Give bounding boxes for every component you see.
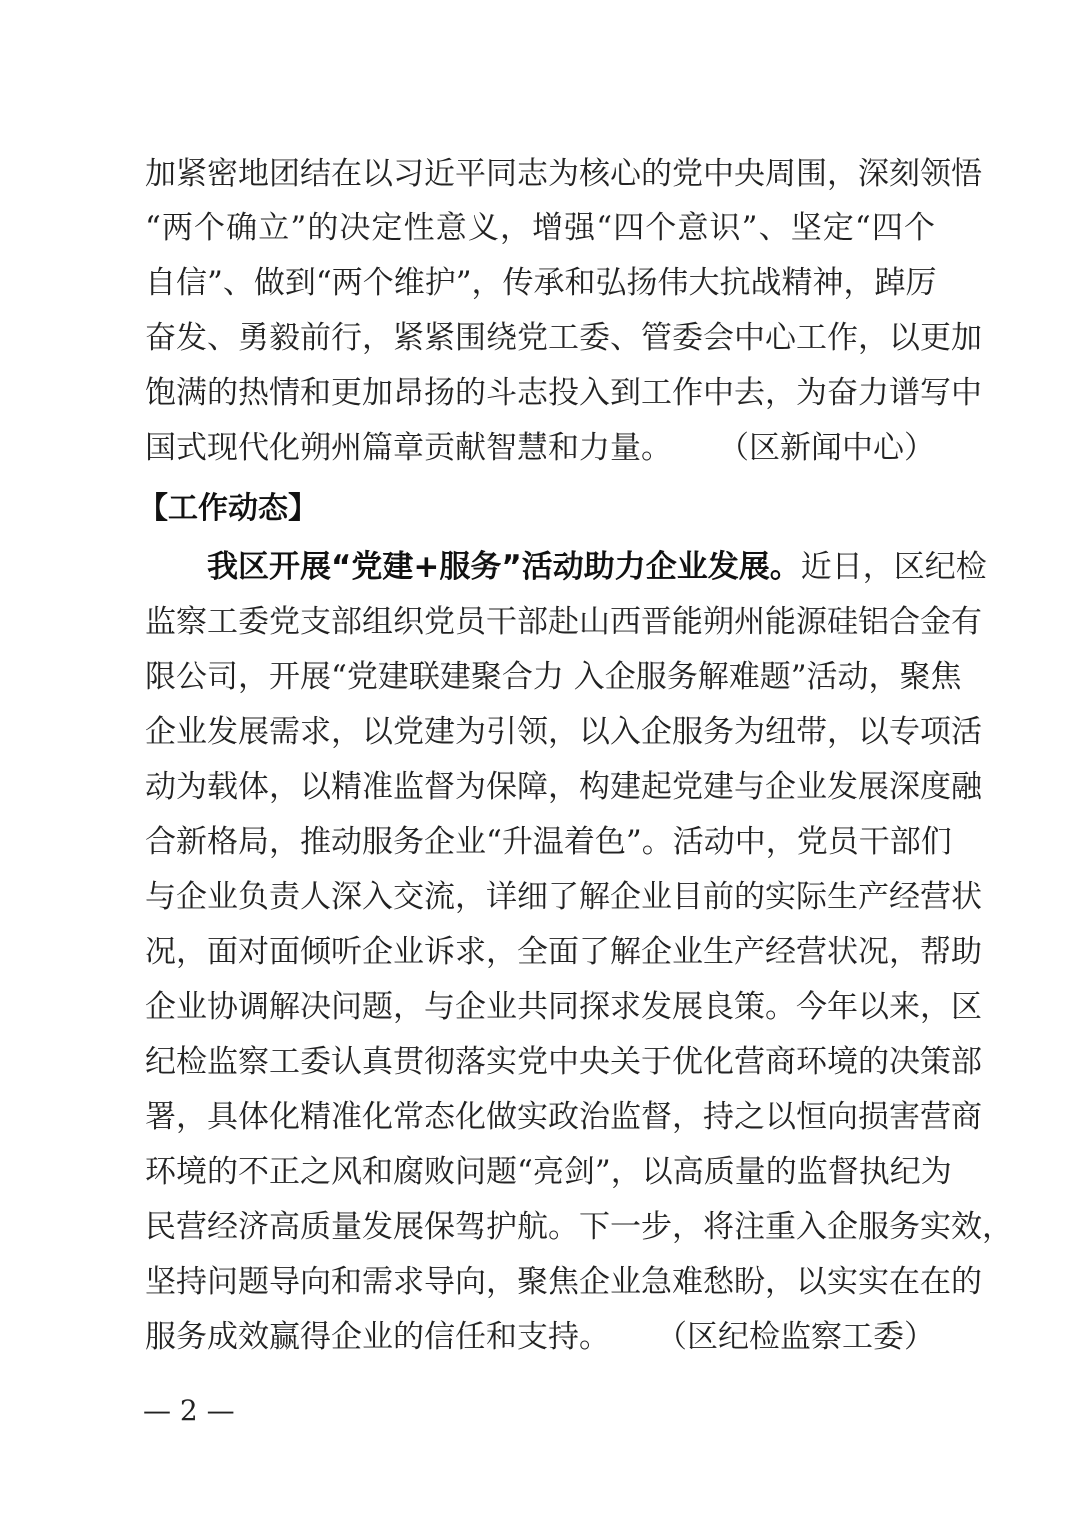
paragraph-line: 饱满的热情和更加昂扬的斗志投入到工作中去，为奋力谱写中 bbox=[145, 366, 935, 420]
paragraph-line: 企业发展需求，以党建为引领，以入企服务为纽带，以专项活 bbox=[145, 705, 935, 759]
paragraph-line: 况，面对面倾听企业诉求，全面了解企业生产经营状况，帮助 bbox=[145, 925, 935, 979]
paragraph-line: 纪检监察工委认真贯彻落实党中央关于优化营商环境的决策部 bbox=[145, 1035, 935, 1089]
paragraph-line: 加紧密地团结在以习近平同志为核心的党中央周围，深刻领悟 bbox=[145, 147, 935, 201]
paragraph-line-text: 国式现代化朔州篇章贡献智慧和力量。 bbox=[145, 430, 672, 466]
paragraph-line: 监察工委党支部组织党员干部赴山西晋能朔州能源硅铝合金有 bbox=[145, 595, 935, 649]
source-attribution: （区新闻中心） bbox=[718, 421, 935, 475]
article-lead-title: 我区开展“党建+服务”活动助力企业发展。 bbox=[207, 549, 801, 585]
paragraph-line: 奋发、勇毅前行，紧紧围绕党工委、管委会中心工作，以更加 bbox=[145, 311, 935, 365]
paragraph-line: 与企业负责人深入交流，详细了解企业目前的实际生产经营状 bbox=[145, 870, 935, 924]
paragraph-line: 坚持问题导向和需求导向，聚焦企业急难愁盼，以实实在在的 bbox=[145, 1255, 935, 1309]
paragraph-line: 环境的不正之风和腐败问题“亮剑”，以高质量的监督执纪为 bbox=[145, 1145, 935, 1199]
paragraph-line: 企业协调解决问题，与企业共同探求发展良策。今年以来，区 bbox=[145, 980, 935, 1034]
paragraph-line: “两个确立”的决定性意义，增强“四个意识”、坚定“四个 bbox=[145, 201, 935, 255]
paragraph-line: 合新格局，推动服务企业“升温着色”。活动中，党员干部们 bbox=[145, 815, 935, 869]
paragraph-line: 动为载体，以精准监督为保障，构建起党建与企业发展深度融 bbox=[145, 760, 935, 814]
paragraph-line: 民营经济高质量发展保驾护航。下一步，将注重入企服务实效， bbox=[145, 1200, 935, 1254]
source-attribution: （区纪检监察工委） bbox=[656, 1310, 935, 1364]
article-first-line-text: 近日，区纪检 bbox=[801, 549, 987, 585]
document-page: 加紧密地团结在以习近平同志为核心的党中央周围，深刻领悟 “两个确立”的决定性意义… bbox=[0, 0, 1074, 1520]
page-number: — 2 — bbox=[143, 1384, 235, 1438]
section-heading: 【工作动态】 bbox=[138, 482, 318, 536]
paragraph-line-text: 服务成效赢得企业的信任和支持。 bbox=[145, 1319, 610, 1355]
paragraph-line: 自信”、做到“两个维护”，传承和弘扬伟大抗战精神，踔厉 bbox=[145, 256, 935, 310]
paragraph-line: 署，具体化精准化常态化做实政治监督，持之以恒向损害营商 bbox=[145, 1090, 935, 1144]
paragraph-line-with-source: 服务成效赢得企业的信任和支持。 （区纪检监察工委） bbox=[145, 1310, 935, 1364]
paragraph-line: 限公司，开展“党建联建聚合力 入企服务解难题”活动，聚焦 bbox=[145, 650, 935, 704]
article-first-line: 我区开展“党建+服务”活动助力企业发展。近日，区纪检 bbox=[145, 540, 935, 594]
paragraph-line-with-source: 国式现代化朔州篇章贡献智慧和力量。 （区新闻中心） bbox=[145, 421, 935, 475]
